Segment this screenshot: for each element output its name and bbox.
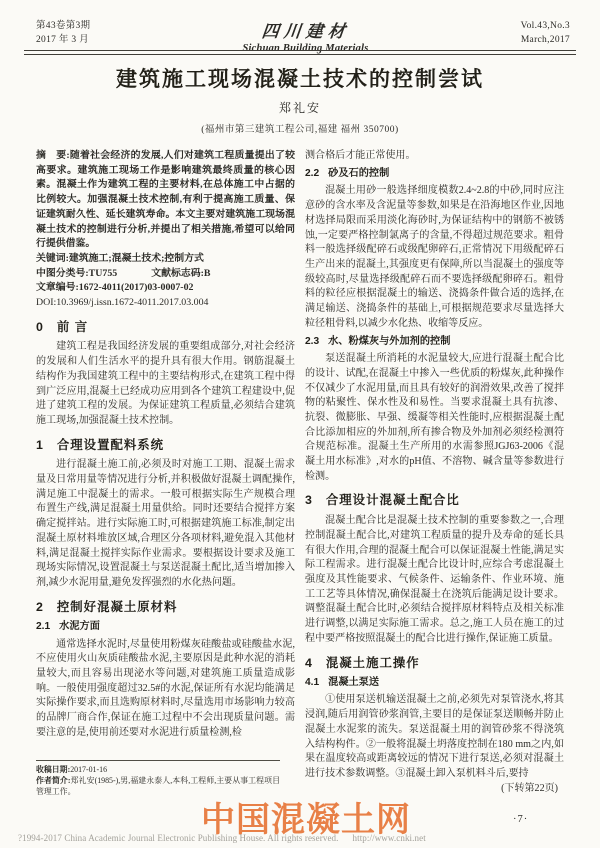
section-4-1-paragraph: ①使用泵送机输送混凝土之前,必须先对泵管浇水,将其浸润,随后用润管砂浆润管,主要… [305, 693, 564, 781]
header-volume-en: Vol.43,No.3 March,2017 [521, 20, 570, 47]
copyright-text: ?1994-2017 China Academic Journal Electr… [18, 833, 339, 843]
received-date-value: 2017-01-16 [70, 765, 107, 774]
volume-issue-cn: 第43卷第3期 [36, 20, 90, 34]
section-3-paragraph: 混凝土配合比是混凝土技术控制的重要参数之一,合理控制混凝土配合比,对建筑工程质量… [305, 514, 564, 646]
section-3-title: 合理设计混凝土配合比 [326, 493, 460, 508]
abstract: 摘 要:随着社会经济的发展,人们对建筑工程质量提出了较高要求。建筑施工现场工作是… [36, 149, 295, 252]
author-name: 郑礼安 [0, 99, 600, 116]
doc-code-label: 文献标志码: [151, 268, 204, 279]
section-2-heading: 2控制好混凝土原材料 [36, 600, 295, 615]
section-3-heading: 3合理设计混凝土配合比 [305, 493, 564, 508]
author-bio-label: 作者简介: [36, 776, 71, 785]
section-2-2-paragraph: 混凝土用砂一般选择细度模数2.4~2.8的中砂,同时应注意砂的含水率及含泥量等参… [305, 184, 564, 331]
left-column: 摘 要:随着社会经济的发展,人们对建筑工程质量提出了较高要求。建筑施工现场工作是… [36, 149, 295, 741]
section-3-number: 3 [305, 493, 312, 508]
section-2-title: 控制好混凝土原材料 [57, 600, 178, 615]
volume-issue-en: Vol.43,No.3 [521, 20, 570, 34]
keywords-label: 关键词: [36, 253, 69, 264]
keywords-line: 关键词:建筑施工;混凝土技术;控制方式 [36, 252, 295, 267]
section-1-heading: 1合理设置配料系统 [36, 438, 295, 453]
right-column: 测合格后才能正常使用。 2.2砂及石的控制 混凝土用砂一般选择细度模数2.4~2… [305, 149, 564, 796]
article-id-value: 1672-4011(2017)03-0007-02 [79, 282, 194, 293]
section-2-1-heading: 2.1水泥方面 [36, 620, 295, 635]
section-2-1-paragraph: 通常选择水泥时,尽量使用粉煤灰硅酸盐或硅酸盐水泥,不应使用火山灰质硅酸盐水泥,主… [36, 638, 295, 741]
section-1-title: 合理设置配料系统 [57, 438, 164, 453]
section-2-2-title: 砂及石的控制 [328, 167, 389, 182]
cnki-url: http://www.cnki.net [353, 833, 426, 843]
section-2-number: 2 [36, 600, 43, 615]
section-2-1-number: 2.1 [36, 620, 50, 635]
doi-label: DOI: [36, 297, 56, 308]
section-2-3-heading: 2.3水、粉煤灰与外加剂的控制 [305, 335, 564, 350]
section-0-paragraph: 建筑工程是我国经济发展的重要组成部分,对社会经济的发展和人们生活水平的提升具有很… [36, 340, 295, 428]
section-1-number: 1 [36, 438, 43, 453]
journal-logo-block: 四川建材 Sichuan Building Materials [243, 17, 369, 54]
doi-value: 10.3969/j.issn.1672-4011.2017.03.004 [56, 297, 208, 308]
doi-line: DOI:10.3969/j.issn.1672-4011.2017.03.004 [36, 296, 295, 311]
abstract-label: 摘 要: [36, 150, 70, 161]
section-4-1-heading: 4.1混凝土泵送 [305, 676, 564, 691]
received-date-label: 收稿日期: [36, 765, 70, 774]
section-4-heading: 4混凝土施工操作 [305, 656, 564, 671]
article-id-line: 文章编号:1672-4011(2017)03-0007-02 [36, 281, 295, 296]
section-0-title: 前 言 [57, 320, 88, 335]
section-4-1-number: 4.1 [305, 676, 319, 691]
header-double-rule [24, 50, 576, 55]
section-2-2-number: 2.2 [305, 167, 319, 182]
paper-title: 建筑施工现场混凝土技术的控制尝试 [0, 63, 600, 93]
section-2-3-paragraph: 泵送混凝土所消耗的水泥量较大,应进行混凝土配合比的设计、试配,在混凝土中掺入一些… [305, 352, 564, 484]
section-0-number: 0 [36, 320, 43, 335]
section-1-paragraph: 进行混凝土施工前,必须及时对施工工期、混凝土需求量及日常用量等情况进行分析,并积… [36, 458, 295, 590]
section-4-title: 混凝土施工操作 [326, 656, 420, 671]
journal-scan-page: 第43卷第3期 2017 年 3 月 四川建材 Sichuan Building… [0, 0, 600, 848]
section-4-number: 4 [305, 656, 312, 671]
abstract-text: 随着社会经济的发展,人们对建筑工程质量提出了较高要求。建筑施工现场工作是影响建筑… [36, 150, 295, 249]
section-0-heading: 0前 言 [36, 320, 295, 335]
header-volume-cn: 第43卷第3期 2017 年 3 月 [36, 20, 90, 47]
section-2-2-heading: 2.2砂及石的控制 [305, 167, 564, 182]
doc-code-value: B [204, 268, 211, 279]
front-matter: 摘 要:随着社会经济的发展,人们对建筑工程质量提出了较高要求。建筑施工现场工作是… [36, 149, 295, 311]
section-4-1-title: 混凝土泵送 [328, 676, 379, 691]
keywords-text: 建筑施工;混凝土技术;控制方式 [69, 253, 204, 264]
clc-value: TU755 [89, 268, 118, 279]
continuation-paragraph: 测合格后才能正常使用。 [305, 149, 564, 164]
date-cn: 2017 年 3 月 [36, 34, 90, 48]
journal-logo: 四川建材 [241, 17, 370, 42]
journal-header: 第43卷第3期 2017 年 3 月 四川建材 Sichuan Building… [36, 20, 570, 54]
clc-line: 中图分类号:TU755文献标志码:B [36, 267, 295, 282]
page-number: ·7· [513, 814, 528, 825]
received-date-line: 收稿日期:2017-01-16 [36, 764, 280, 775]
section-2-3-number: 2.3 [305, 335, 319, 350]
copyright-footer: ?1994-2017 China Academic Journal Electr… [18, 833, 584, 843]
clc-label: 中图分类号: [36, 268, 89, 279]
article-id-label: 文章编号: [36, 282, 79, 293]
date-en: March,2017 [521, 34, 570, 48]
section-2-1-title: 水泥方面 [59, 620, 100, 635]
author-affiliation: (福州市第三建筑工程公司,福建 福州 350700) [0, 121, 600, 135]
section-2-3-title: 水、粉煤灰与外加剂的控制 [328, 335, 450, 350]
